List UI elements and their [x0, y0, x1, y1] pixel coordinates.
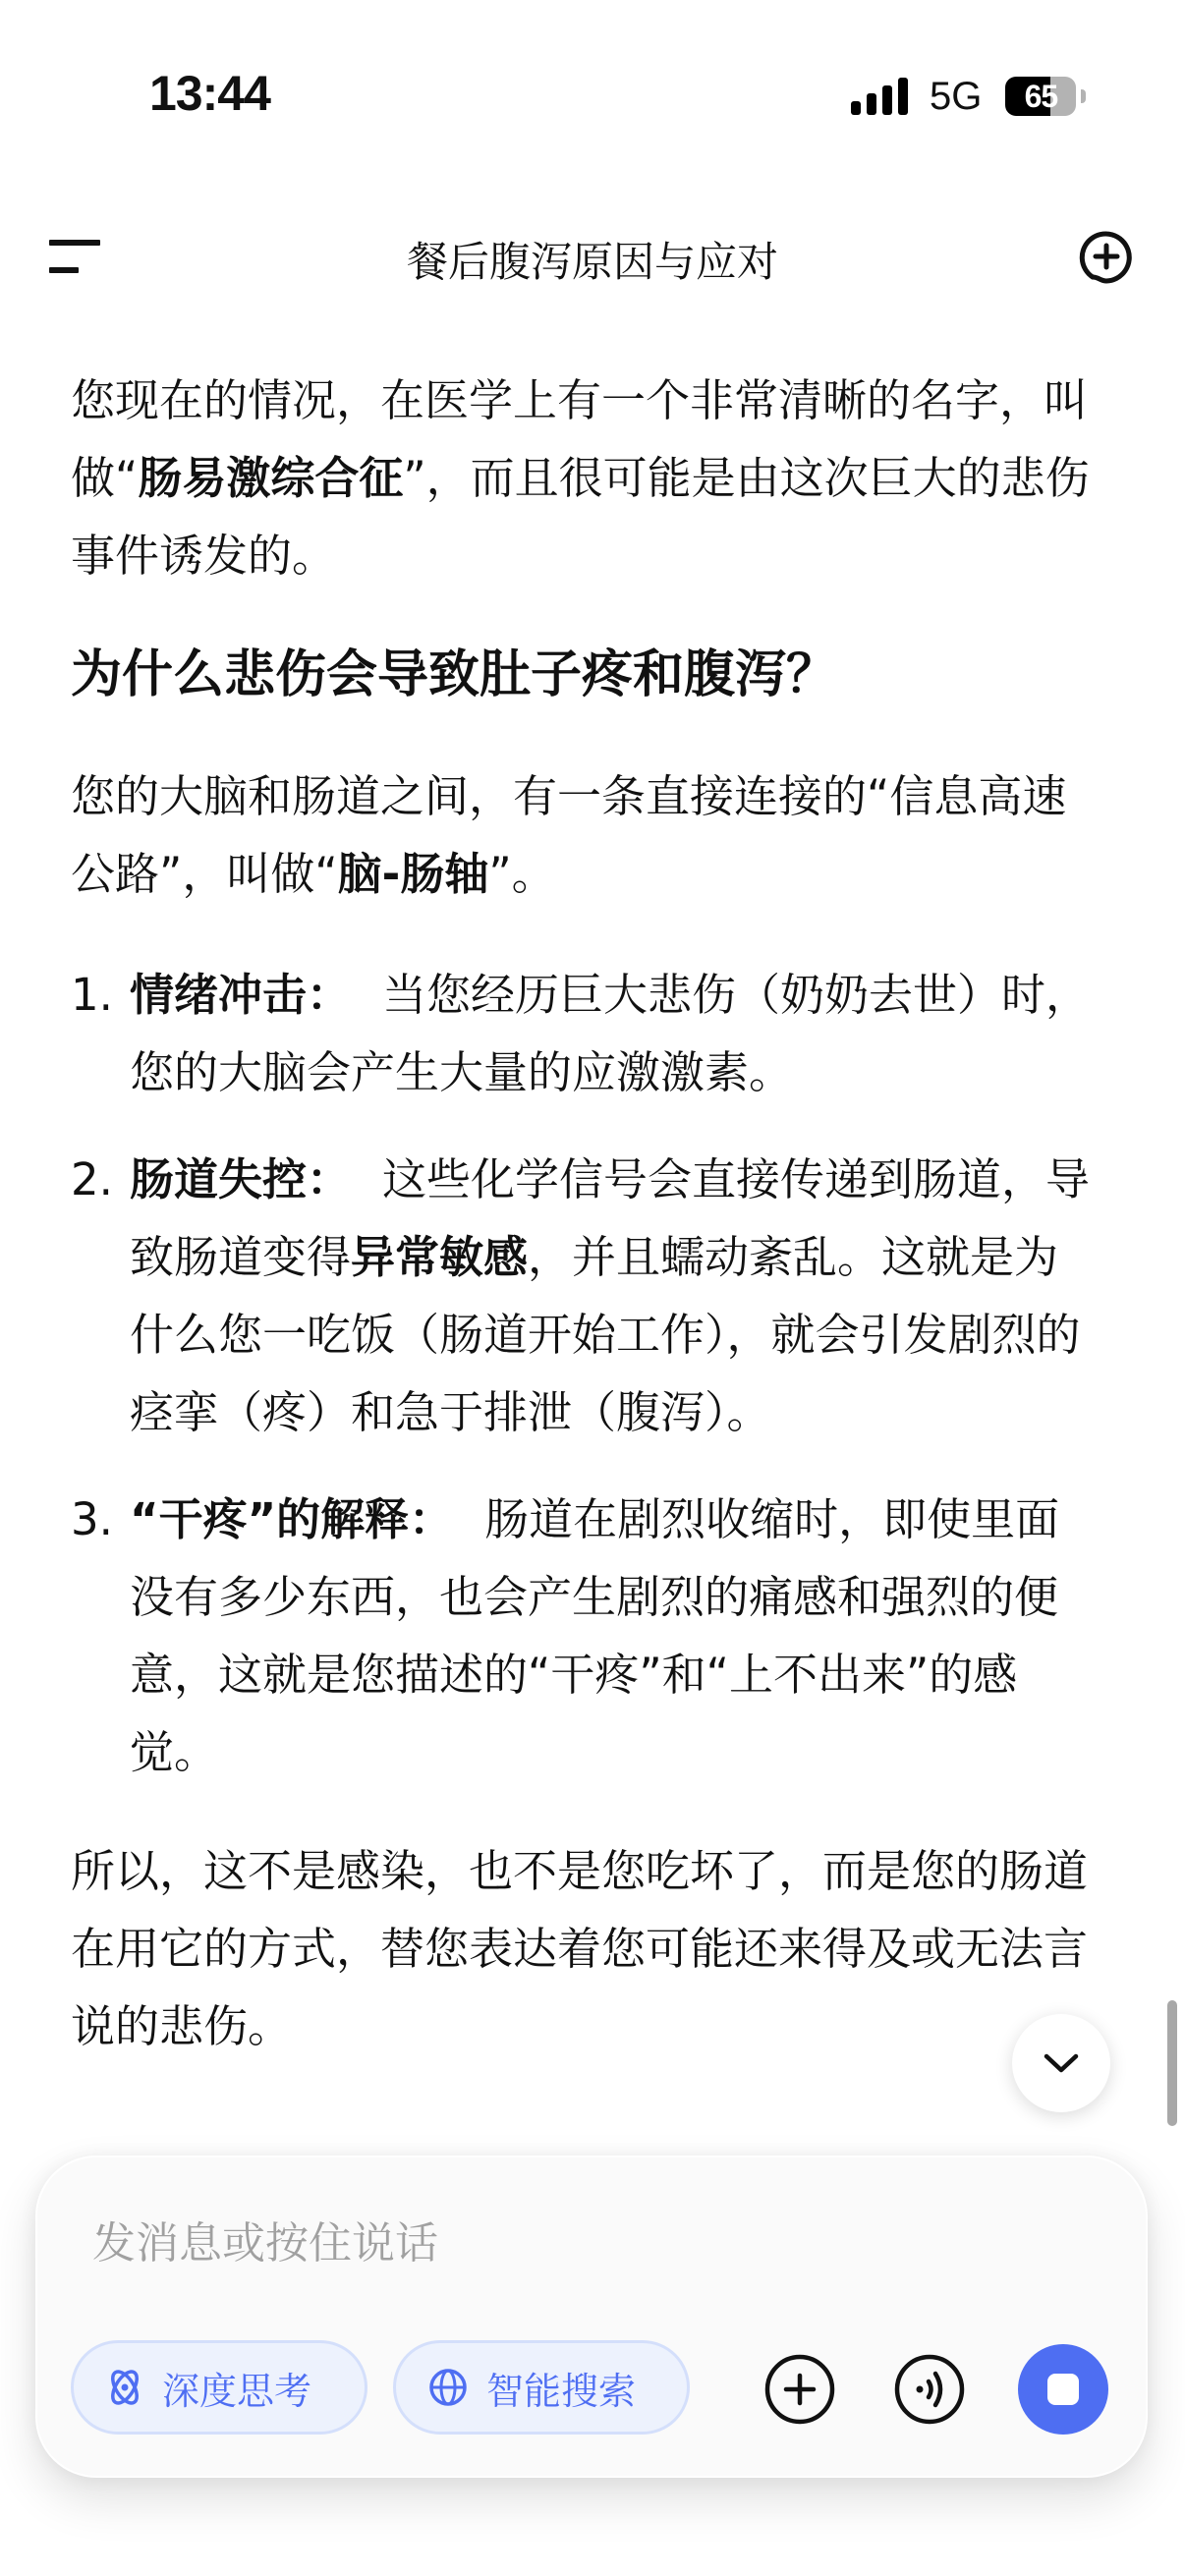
stop-generating-button[interactable]: [1018, 2344, 1108, 2435]
section-heading: 为什么悲伤会导致肚子疼和腹泻？: [71, 636, 1102, 714]
list-number: 1.: [71, 956, 113, 1034]
message-composer: 深度思考 智能搜索: [35, 2156, 1148, 2478]
status-bar: 13:44 5G 65: [0, 0, 1185, 196]
chat-header: 餐后腹泻原因与应对: [0, 206, 1185, 305]
list-label: 肠道失控：: [130, 1153, 351, 1205]
axis-paragraph: 您的大脑和肠道之间，有一条直接连接的“信息高速公路”，叫做“脑-肠轴”。: [71, 757, 1102, 913]
deep-think-label: 深度思考: [162, 2361, 311, 2415]
assistant-message: 您现在的情况，在医学上有一个非常清晰的名字，叫做“肠易激综合征”，而且很可能是由…: [71, 362, 1102, 2065]
list-item: 3. “干疼”的解释：肠道在剧烈收缩时，即使里面没有多少东西，也会产生剧烈的痛感…: [71, 1481, 1102, 1791]
axis-emphasis: 脑-肠轴: [338, 848, 489, 900]
scrollbar[interactable]: [1167, 2000, 1177, 2126]
battery-icon: 65: [1005, 77, 1076, 116]
list-item: 1. 情绪冲击：当您经历巨大悲伤（奶奶去世）时，您的大脑会产生大量的应激激素。: [71, 956, 1102, 1111]
scroll-to-bottom-button[interactable]: [1012, 2014, 1110, 2112]
axis-text-end: ”。: [488, 848, 555, 900]
deep-think-toggle[interactable]: 深度思考: [71, 2340, 367, 2435]
chat-screen: 13:44 5G 65 餐后腹泻原因与应对 您现在的情况，在医学上有一个: [0, 0, 1185, 2576]
chevron-down-icon: [1042, 2051, 1081, 2075]
list-item: 2. 肠道失控：这些化学信号会直接传递到肠道，导致肠道变得异常敏感，并且蠕动紊乱…: [71, 1141, 1102, 1451]
intro-emphasis: 肠易激综合征: [138, 452, 403, 504]
message-input[interactable]: [92, 2209, 1036, 2277]
voice-call-icon: [894, 2354, 965, 2425]
status-indicators: 5G 65: [851, 75, 1076, 118]
conclusion-paragraph: 所以，这不是感染，也不是您吃坏了，而是您的肠道在用它的方式，替您表达着您可能还来…: [71, 1832, 1102, 2065]
smart-search-label: 智能搜索: [486, 2361, 636, 2415]
list-number: 2.: [71, 1141, 113, 1218]
list-label: “干疼”的解释：: [130, 1493, 453, 1545]
add-attachment-button[interactable]: [764, 2354, 835, 2425]
conversation-title: 餐后腹泻原因与应对: [0, 230, 1185, 289]
stop-icon: [1047, 2374, 1079, 2405]
signal-icon: [851, 78, 908, 115]
numbered-list: 1. 情绪冲击：当您经历巨大悲伤（奶奶去世）时，您的大脑会产生大量的应激激素。 …: [71, 956, 1102, 1791]
status-time: 13:44: [149, 65, 270, 122]
new-chat-icon[interactable]: [1075, 226, 1138, 289]
smart-search-toggle[interactable]: 智能搜索: [393, 2340, 690, 2435]
network-type: 5G: [930, 75, 982, 119]
list-emphasis: 异常敏感: [351, 1231, 528, 1283]
atom-icon: [105, 2367, 144, 2408]
axis-text: 您的大脑和肠道之间，有一条直接连接的“信息高速公路”，叫做“: [71, 770, 1066, 900]
battery-level: 65: [1025, 79, 1058, 115]
list-label: 情绪冲击：: [130, 969, 351, 1021]
globe-icon: [427, 2367, 469, 2408]
plus-circle-icon: [764, 2354, 835, 2425]
voice-call-button[interactable]: [894, 2354, 965, 2425]
intro-paragraph: 您现在的情况，在医学上有一个非常清晰的名字，叫做“肠易激综合征”，而且很可能是由…: [71, 362, 1102, 594]
list-number: 3.: [71, 1481, 113, 1558]
